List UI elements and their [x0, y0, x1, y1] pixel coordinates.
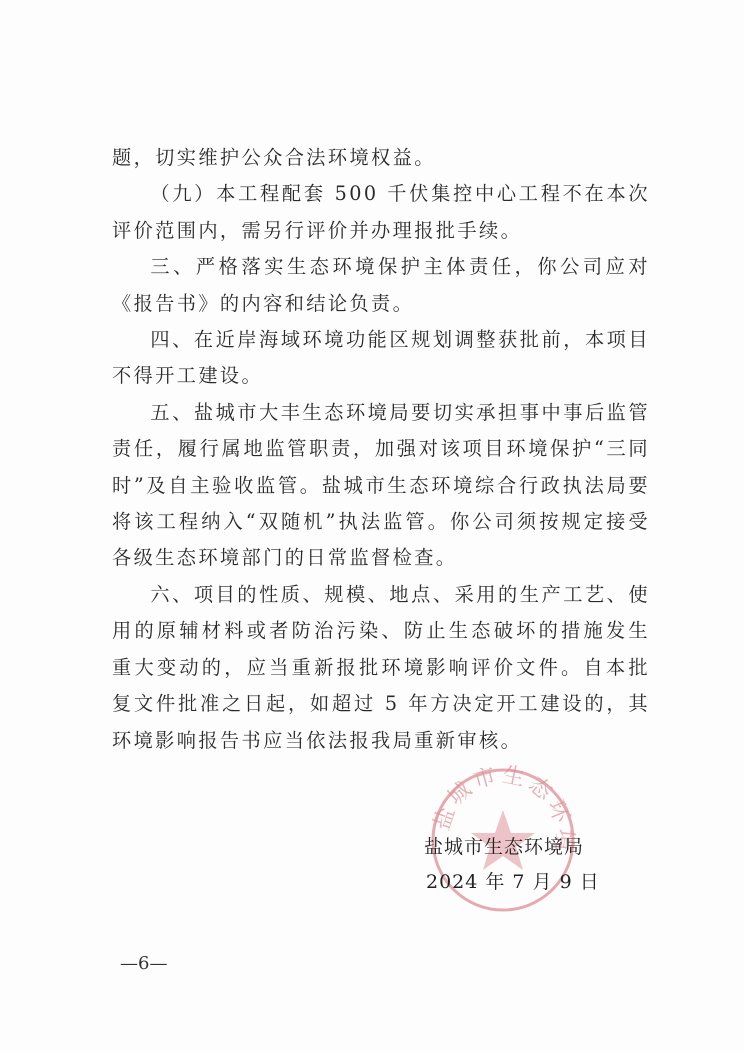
paragraph-section-5: 五、盐城市大丰生态环境局要切实承担事中事后监管责任，履行属地监管职责，加强对该项…	[112, 395, 650, 577]
document-body: 题，切实维护公众合法环境权益。 （九）本工程配套 500 千伏集控中心工程不在本…	[112, 140, 650, 759]
issue-date: 2024 年 7 月 9 日	[424, 865, 600, 900]
document-page: 题，切实维护公众合法环境权益。 （九）本工程配套 500 千伏集控中心工程不在本…	[0, 0, 744, 1052]
paragraph-section-3: 三、严格落实生态环境保护主体责任，你公司应对《报告书》的内容和结论负责。	[112, 249, 650, 322]
paragraph-continuation: 题，切实维护公众合法环境权益。	[112, 140, 650, 176]
issuer-name: 盐城市生态环境局	[424, 830, 600, 865]
paragraph-item-9: （九）本工程配套 500 千伏集控中心工程不在本次评价范围内，需另行评价并办理报…	[112, 176, 650, 249]
signature-block: 盐城市生态环境局 2024 年 7 月 9 日	[424, 830, 600, 900]
page-number: —6—	[120, 953, 167, 974]
paragraph-section-6: 六、项目的性质、规模、地点、采用的生产工艺、使用的原辅材料或者防治污染、防止生态…	[112, 577, 650, 759]
paragraph-section-4: 四、在近岸海域环境功能区规划调整获批前，本项目不得开工建设。	[112, 322, 650, 395]
